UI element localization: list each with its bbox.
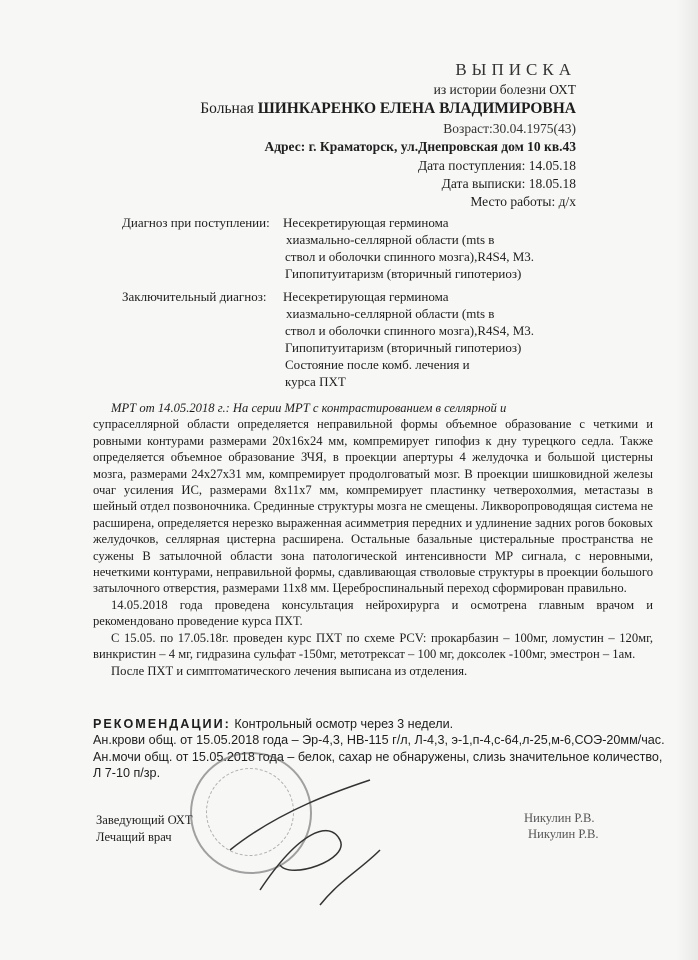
mri-description: супраселлярной области определяется непр… [93,416,653,596]
recommendation-control: РЕКОМЕНДАЦИИ: Контрольный осмотр через 3… [93,716,673,732]
discharge-date: Дата выписки: 18.05.18 [442,176,576,192]
recommendations-heading: РЕКОМЕНДАЦИИ: [93,717,231,731]
admission-date: Дата поступления: 14.05.18 [418,158,576,174]
diagnosis-line: ствол и оболочки спинного мозга),R4S4, M… [285,248,534,265]
discharge-note: После ПХТ и симптоматического лечения вы… [93,663,653,679]
patient-line: Больная ШИНКАРЕНКО ЕЛЕНА ВЛАДИМИРОВНА [200,101,576,117]
patient-label: Больная [200,100,254,117]
diagnosis-admission-label: Диагноз при поступлении: [122,214,270,231]
document-title: ВЫПИСКА [455,62,576,78]
consultation-note: 14.05.2018 года проведена консультация н… [93,597,653,630]
chemotherapy-note: С 15.05. по 17.05.18г. проведен курс ПХТ… [93,630,653,663]
blood-test: Ан.крови общ. от 15.05.2018 года – Эр-4,… [93,732,673,748]
document-page: ВЫПИСКА из истории болезни ОХТ Больная Ш… [0,0,698,960]
diagnosis-line: Состояние после комб. лечения и [285,356,470,373]
diagnosis-line: хиазмально-селлярной области (mts в [286,231,494,248]
signature-role-doctor: Лечащий врач [96,829,172,845]
diagnosis-line: курса ПХТ [285,373,346,390]
diagnosis-line: Несекретирующая герминома [283,288,449,305]
diagnosis-line: Гипопитуитаризм (вторичный гипотериоз) [285,265,521,282]
mri-lead: МРТ от 14.05.2018 г.: На серии МРТ с кон… [93,400,653,416]
signature-name-head: Никулин Р.В. [524,810,595,826]
mri-section: МРТ от 14.05.2018 г.: На серии МРТ с кон… [93,400,653,679]
scan-edge-shadow [676,0,698,960]
control-visit-text: Контрольный осмотр через 3 недели. [234,717,453,731]
diagnosis-line: хиазмально-селлярной области (mts в [286,305,494,322]
diagnosis-line: ствол и оболочки спинного мозга),R4S4, M… [285,322,534,339]
workplace: Место работы: д/х [470,194,576,210]
diagnosis-final-label: Заключительный диагноз: [122,288,266,305]
patient-address: Адрес: г. Краматорск, ул.Днепровская дом… [264,139,576,155]
diagnosis-line: Гипопитуитаризм (вторичный гипотериоз) [285,339,521,356]
signature-role-head: Заведующий ОХТ [96,812,193,828]
diagnosis-line: Несекретирующая герминома [283,214,449,231]
patient-name: ШИНКАРЕНКО ЕЛЕНА ВЛАДИМИРОВНА [258,100,576,117]
document-subtitle: из истории болезни ОХТ [434,82,576,98]
signature-scribble [220,770,400,910]
signature-name-doctor: Никулин Р.В. [528,826,599,842]
patient-age: Возраст:30.04.1975(43) [443,121,576,137]
